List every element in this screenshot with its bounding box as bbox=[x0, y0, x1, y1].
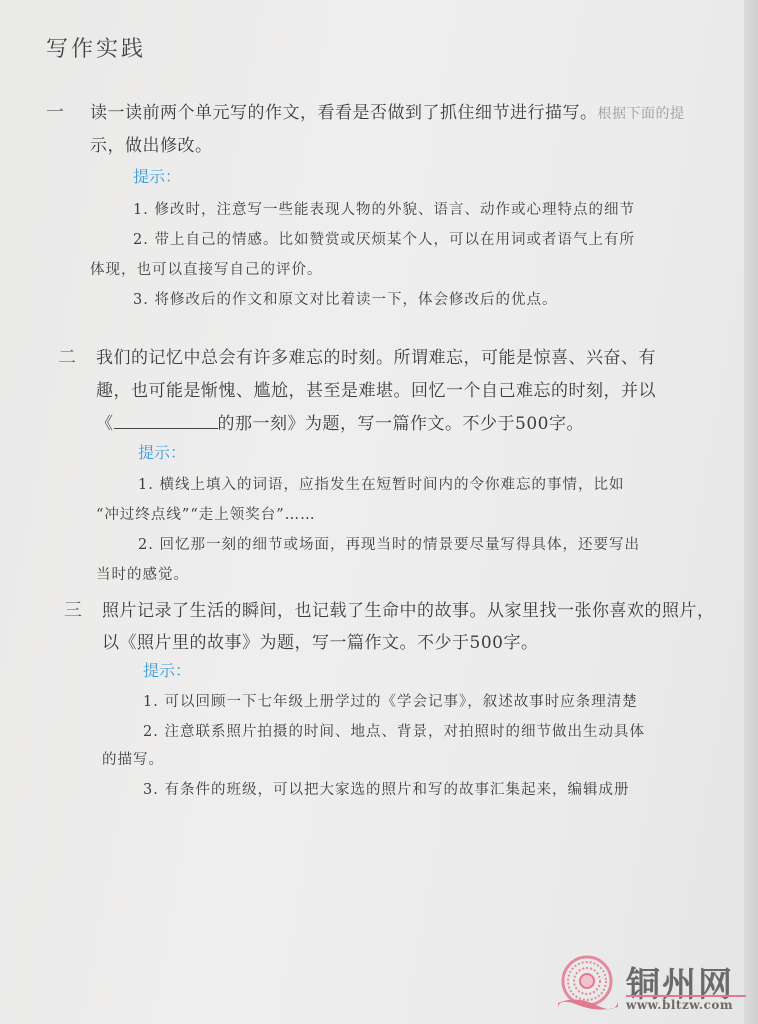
section-3-line-2: 以《照片里的故事》为题，写一篇作文。不少于500字。 bbox=[102, 628, 538, 653]
section-2-tip-1: 1. 横线上填入的词语，应指发生在短暂时间内的令你难忘的事情，比如 bbox=[138, 473, 624, 494]
section-1-line-1: 读一读前两个单元写的作文，看看是否做到了抓住细节进行描写。根据下面的提 bbox=[90, 98, 685, 123]
watermark-url: www.bltzw.com bbox=[626, 998, 733, 1012]
section-3-tip-1: 1. 可以回顾一下七年级上册学过的《学会记事》，叙述故事时应条理清楚 bbox=[143, 690, 638, 711]
section-2-tip-1-cont: “冲过终点线”“走上领奖台”…… bbox=[96, 503, 316, 524]
section-1-tip-3: 3. 将修改后的作文和原文对比着读一下，体会修改后的优点。 bbox=[133, 288, 557, 309]
page-edge bbox=[744, 0, 758, 1024]
section-2-line-3: 《的那一刻》为题，写一篇作文。不少于500字。 bbox=[96, 409, 584, 434]
section-2-line-2: 趣，也可能是惭愧、尴尬，甚至是难堪。回忆一个自己难忘的时刻，并以 bbox=[96, 376, 656, 401]
section-3-tip-2: 2. 注意联系照片拍摄的时间、地点、背景，对拍照时的细节做出生动具体 bbox=[143, 720, 645, 741]
section-3-line-1: 照片记录了生活的瞬间，也记载了生命中的故事。从家里找一张你喜欢的照片， bbox=[102, 596, 715, 621]
watermark-divider bbox=[626, 995, 746, 997]
section-1-number: 一 bbox=[46, 98, 64, 124]
fill-in-blank bbox=[114, 414, 218, 429]
section-2-tip-2: 2. 回忆那一刻的细节或场面，再现当时的情景要尽量写得具体，还要写出 bbox=[138, 533, 640, 554]
section-1-line-2: 示，做出修改。 bbox=[90, 131, 213, 156]
section-2-number: 二 bbox=[58, 343, 76, 369]
section-3-number: 三 bbox=[64, 596, 82, 622]
section-1-hint-label: 提示： bbox=[133, 164, 181, 187]
section-3-hint-label: 提示： bbox=[143, 658, 191, 681]
section-1-tip-1: 1. 修改时，注意写一些能表现人物的外貌、语言、动作或心理特点的细节 bbox=[133, 198, 635, 219]
section-3-tip-3: 3. 有条件的班级，可以把大家选的照片和写的故事汇集起来，编辑成册 bbox=[143, 778, 629, 799]
page-title: 写作实践 bbox=[46, 32, 146, 63]
seal-logo-icon bbox=[556, 955, 618, 1017]
watermark: 铜州网 www.bltzw.com bbox=[556, 955, 756, 1015]
section-3-tip-2-cont: 的描写。 bbox=[102, 748, 164, 769]
section-2-tip-2-cont: 当时的感觉。 bbox=[96, 563, 189, 584]
section-1-tip-2: 2. 带上自己的情感。比如赞赏或厌烦某个人，可以在用词或者语气上有所 bbox=[133, 228, 635, 249]
section-2-line-1: 我们的记忆中总会有许多难忘的时刻。所谓难忘，可能是惊喜、兴奋、有 bbox=[96, 343, 656, 368]
section-2-hint-label: 提示： bbox=[138, 440, 186, 463]
section-1-tip-2-cont: 体现，也可以直接写自己的评价。 bbox=[90, 258, 323, 279]
